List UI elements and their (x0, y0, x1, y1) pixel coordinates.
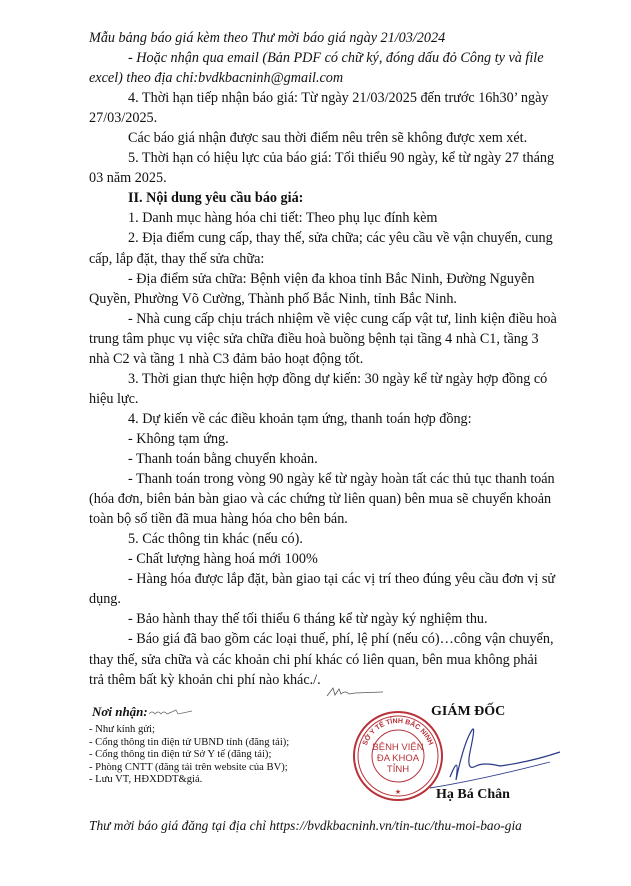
template-note: Mẫu bảng báo giá kèm theo Thư mời báo gi… (89, 28, 445, 48)
body-line: - Chất lượng hàng hoá mới 100% (128, 549, 318, 569)
recipient-item: - Cổng thông tin điện tử Sở Y tế (đăng t… (89, 749, 271, 761)
svg-text:TỈNH: TỈNH (387, 763, 409, 775)
body-line: - Địa điểm sửa chữa: Bệnh viện đa khoa t… (128, 269, 534, 289)
body-line: II. Nội dung yêu cầu báo giá: (128, 188, 303, 208)
body-line: - Thanh toán bằng chuyển khoản. (128, 449, 318, 469)
signature-icon (420, 722, 570, 792)
body-line: nhà C2 và tầng 1 nhà C3 đảm bảo hoạt độn… (89, 349, 363, 369)
body-line: (hóa đơn, biên bản bàn giao và các chứng… (89, 489, 551, 509)
recipients-scribble-icon (148, 706, 194, 718)
recipient-item: - Phòng CNTT (đăng tải trên website của … (89, 762, 288, 774)
recipient-item: - Như kính gửi; (89, 724, 155, 736)
footer-note: Thư mời báo giá đăng tại địa chỉ https:/… (89, 818, 522, 834)
body-line: thay thế, sửa chữa và các khoản chi phí … (89, 650, 538, 670)
body-line: 4. Thời hạn tiếp nhận báo giá: Từ ngày 2… (128, 88, 548, 108)
svg-text:ĐA KHOA: ĐA KHOA (377, 753, 420, 764)
body-line: Quyền, Phường Võ Cường, Thành phố Bắc Ni… (89, 289, 457, 309)
recipient-item: - Lưu VT, HĐXDDT&giá. (89, 774, 202, 786)
body-line: hiệu lực. (89, 389, 138, 409)
body-line: 2. Địa điểm cung cấp, thay thế, sửa chữa… (128, 228, 553, 248)
signature-title: GIÁM ĐỐC (431, 704, 505, 720)
svg-text:BỆNH VIỆN: BỆNH VIỆN (372, 742, 423, 753)
document-page: Mẫu bảng báo giá kèm theo Thư mời báo gi… (0, 0, 631, 886)
body-line: 5. Thời hạn có hiệu lực của báo giá: Tối… (128, 148, 554, 168)
recipient-item: - Cổng thông tin điện tử UBND tỉnh (đăng… (89, 737, 289, 749)
body-line: Các báo giá nhận được sau thời điểm nêu … (128, 128, 527, 148)
body-line: - Không tạm ứng. (128, 429, 229, 449)
body-line: - Bảo hành thay thế tối thiểu 6 tháng kể… (128, 609, 488, 629)
body-line: - Hoặc nhận qua email (Bản PDF có chữ ký… (128, 48, 544, 68)
body-line: 27/03/2025. (89, 108, 157, 128)
body-line: excel) theo địa chỉ:bvdkbacninh@gmail.co… (89, 68, 343, 88)
body-line: trả thêm bất kỳ khoản chi phí nào khác./… (89, 670, 321, 690)
body-line: 3. Thời gian thực hiện hợp đồng dự kiến:… (128, 369, 547, 389)
body-line: toàn bộ số tiền đã mua hàng hóa cho bên … (89, 509, 348, 529)
body-line: 03 năm 2025. (89, 168, 167, 188)
body-line: - Thanh toán trong vòng 90 ngày kể từ ng… (128, 469, 555, 489)
body-line: cấp, lắp đặt, thay thế sửa chữa: (89, 249, 264, 269)
body-line: 1. Danh mục hàng hóa chi tiết: Theo phụ … (128, 208, 437, 228)
recipients-title: Nơi nhận: (92, 704, 148, 720)
svg-text:★: ★ (395, 788, 401, 796)
body-line: - Hàng hóa được lắp đặt, bàn giao tại cá… (128, 569, 555, 589)
body-line: - Nhà cung cấp chịu trách nhiệm về việc … (128, 309, 557, 329)
body-line: 5. Các thông tin khác (nếu có). (128, 529, 303, 549)
body-line: - Báo giá đã bao gồm các loại thuế, phí,… (128, 629, 554, 649)
initial-scribble-icon (325, 686, 385, 700)
signer-name: Hạ Bá Chân (436, 787, 510, 803)
body-line: dụng. (89, 589, 121, 609)
body-line: 4. Dự kiến về các điều khoản tạm ứng, th… (128, 409, 472, 429)
body-line: trung tâm phục vụ việc sửa chữa điều hoà… (89, 329, 539, 349)
